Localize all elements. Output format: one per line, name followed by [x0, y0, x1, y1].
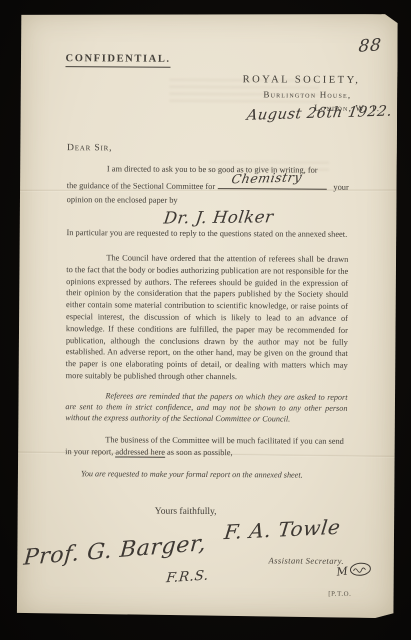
addressed-here-underlined: addressed here: [115, 448, 165, 458]
pto-label: [P.T.O.: [328, 591, 351, 598]
council-instructions-paragraph: The Council have ordered that the attent…: [66, 252, 349, 383]
referee-initials-mark: M: [336, 561, 372, 578]
handwritten-committee-name: Chemistry: [231, 170, 304, 186]
business-paragraph: The business of the Committee will be mu…: [65, 435, 347, 460]
formal-report-note: You are requested to make your formal re…: [65, 468, 347, 482]
handwritten-author-name: Dr. J. Holker: [65, 210, 349, 225]
letter-page: 88 CONFIDENTIAL. ROYAL SOCIETY, Burlingt…: [16, 12, 398, 618]
handwritten-initial: M: [336, 564, 349, 578]
handwritten-date: August 26th 1922.: [246, 104, 394, 124]
handwritten-addressee: Prof. G. Barger,: [23, 531, 208, 571]
letterhead-address-line1: Burlington House,: [242, 90, 351, 100]
annexed-note-paragraph: In particular you are requested to reply…: [66, 227, 348, 241]
confidential-stamp: CONFIDENTIAL.: [66, 53, 171, 67]
handwritten-addressee-suffix: F.R.S.: [165, 568, 209, 587]
letter-body: Dear Sir, I am directed to ask you to be…: [65, 142, 349, 481]
salutation: Dear Sir,: [67, 142, 349, 156]
handwritten-signature: F. A. Towle: [223, 515, 342, 544]
confidence-reminder-paragraph: Referees are reminded that the papers on…: [65, 391, 347, 425]
committee-blank-line: Chemistry: [218, 177, 326, 190]
valediction: Yours faithfully,: [155, 507, 217, 517]
business-text-after: as soon as possible,: [167, 448, 233, 457]
archive-page-number: 88: [358, 35, 382, 56]
opening-line-1: I am directed to ask you to be so good a…: [67, 162, 349, 178]
opening-line-3: opinion on the enclosed paper by: [67, 193, 349, 209]
photo-background: 88 CONFIDENTIAL. ROYAL SOCIETY, Burlingt…: [0, 0, 411, 640]
signature-title: Assistant Secretary.: [268, 555, 344, 565]
opening-line-2-end: your: [333, 181, 348, 195]
letterhead-organization: ROYAL SOCIETY,: [243, 75, 361, 86]
opening-line-2-text: the guidance of the Sectional Committee …: [67, 179, 215, 194]
circled-scribble-mark: [349, 561, 372, 577]
opening-line-2: the guidance of the Sectional Committee …: [67, 176, 349, 195]
